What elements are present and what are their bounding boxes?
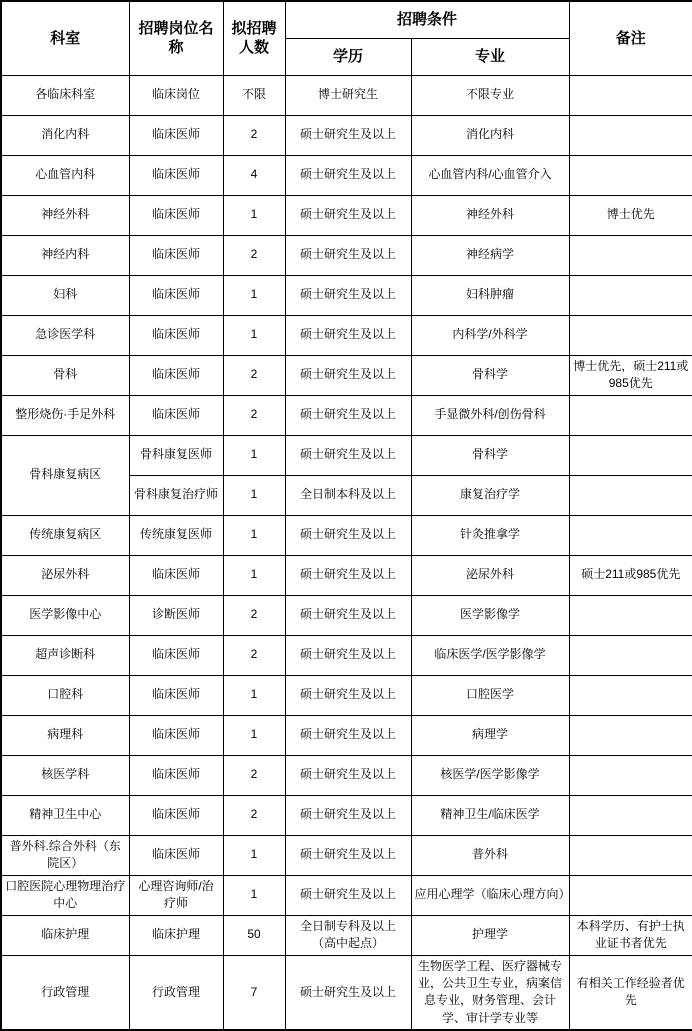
cell-position: 传统康复医师	[129, 515, 223, 555]
cell-remarks	[569, 835, 692, 875]
cell-department: 临床护理	[1, 915, 129, 955]
cell-position: 临床医师	[129, 755, 223, 795]
table-row: 妇科临床医师1硕士研究生及以上妇科肿瘤	[1, 275, 692, 315]
cell-headcount: 2	[223, 635, 285, 675]
cell-department: 神经内科	[1, 235, 129, 275]
cell-department: 行政管理	[1, 955, 129, 1030]
cell-headcount: 1	[223, 675, 285, 715]
cell-major: 心血管内科/心血管介入	[411, 155, 569, 195]
cell-major: 泌尿外科	[411, 555, 569, 595]
header-row-1: 科室 招聘岗位名称 拟招聘人数 招聘条件 备注	[1, 1, 692, 38]
table-row: 临床护理临床护理50全日制专科及以上（高中起点）护理学本科学历、有护士执业证书者…	[1, 915, 692, 955]
cell-major: 骨科学	[411, 435, 569, 475]
cell-education: 硕士研究生及以上	[285, 515, 411, 555]
cell-education: 硕士研究生及以上	[285, 195, 411, 235]
cell-remarks	[569, 795, 692, 835]
table-row: 心血管内科临床医师4硕士研究生及以上心血管内科/心血管介入	[1, 155, 692, 195]
recruitment-table: 科室 招聘岗位名称 拟招聘人数 招聘条件 备注 学历 专业 各临床科室临床岗位不…	[0, 0, 692, 1031]
table-row: 传统康复病区传统康复医师1硕士研究生及以上针灸推拿学	[1, 515, 692, 555]
cell-position: 骨科康复医师	[129, 435, 223, 475]
cell-education: 硕士研究生及以上	[285, 275, 411, 315]
cell-remarks	[569, 875, 692, 915]
cell-major: 骨科学	[411, 355, 569, 395]
cell-position: 行政管理	[129, 955, 223, 1030]
cell-education: 硕士研究生及以上	[285, 835, 411, 875]
table-row: 精神卫生中心临床医师2硕士研究生及以上精神卫生/临床医学	[1, 795, 692, 835]
table-row: 骨科康复病区骨科康复医师1硕士研究生及以上骨科学	[1, 435, 692, 475]
cell-department: 各临床科室	[1, 75, 129, 115]
cell-department: 口腔医院心理物理治疗中心	[1, 875, 129, 915]
table-row: 口腔医院心理物理治疗中心心理咨询师/治疗师1硕士研究生及以上应用心理学（临床心理…	[1, 875, 692, 915]
table-row: 整形烧伤·手足外科临床医师2硕士研究生及以上手显微外科/创伤骨科	[1, 395, 692, 435]
cell-remarks	[569, 715, 692, 755]
table-row: 各临床科室临床岗位不限博士研究生不限专业	[1, 75, 692, 115]
cell-major: 病理学	[411, 715, 569, 755]
cell-remarks	[569, 515, 692, 555]
cell-major: 妇科肿瘤	[411, 275, 569, 315]
table-row: 急诊医学科临床医师1硕士研究生及以上内科学/外科学	[1, 315, 692, 355]
cell-remarks	[569, 635, 692, 675]
cell-education: 硕士研究生及以上	[285, 875, 411, 915]
cell-department: 口腔科	[1, 675, 129, 715]
cell-remarks	[569, 435, 692, 475]
cell-education: 硕士研究生及以上	[285, 955, 411, 1030]
cell-major: 神经病学	[411, 235, 569, 275]
table-body: 各临床科室临床岗位不限博士研究生不限专业消化内科临床医师2硕士研究生及以上消化内…	[1, 75, 692, 1030]
cell-education: 硕士研究生及以上	[285, 355, 411, 395]
cell-position: 诊断医师	[129, 595, 223, 635]
cell-major: 消化内科	[411, 115, 569, 155]
cell-major: 普外科	[411, 835, 569, 875]
cell-remarks	[569, 755, 692, 795]
cell-remarks	[569, 675, 692, 715]
cell-department: 病理科	[1, 715, 129, 755]
cell-major: 不限专业	[411, 75, 569, 115]
cell-department: 心血管内科	[1, 155, 129, 195]
cell-department: 医学影像中心	[1, 595, 129, 635]
cell-department: 普外科.综合外科（东院区）	[1, 835, 129, 875]
cell-education: 硕士研究生及以上	[285, 435, 411, 475]
cell-position: 临床医师	[129, 235, 223, 275]
cell-major: 临床医学/医学影像学	[411, 635, 569, 675]
cell-headcount: 1	[223, 715, 285, 755]
cell-major: 针灸推拿学	[411, 515, 569, 555]
cell-education: 硕士研究生及以上	[285, 755, 411, 795]
table-row: 医学影像中心诊断医师2硕士研究生及以上医学影像学	[1, 595, 692, 635]
header-headcount: 拟招聘人数	[223, 1, 285, 75]
cell-remarks	[569, 115, 692, 155]
cell-major: 生物医学工程、医疗器械专业，公共卫生专业，病案信息专业，财务管理、会计学、审计学…	[411, 955, 569, 1030]
cell-remarks	[569, 275, 692, 315]
cell-headcount: 2	[223, 395, 285, 435]
cell-major: 手显微外科/创伤骨科	[411, 395, 569, 435]
cell-education: 硕士研究生及以上	[285, 115, 411, 155]
table-row: 消化内科临床医师2硕士研究生及以上消化内科	[1, 115, 692, 155]
cell-education: 全日制专科及以上（高中起点）	[285, 915, 411, 955]
cell-position: 临床医师	[129, 395, 223, 435]
cell-position: 临床医师	[129, 115, 223, 155]
cell-major: 核医学/医学影像学	[411, 755, 569, 795]
cell-department: 骨科康复病区	[1, 435, 129, 515]
cell-headcount: 1	[223, 195, 285, 235]
table-row: 泌尿外科临床医师1硕士研究生及以上泌尿外科硕士211或985优先	[1, 555, 692, 595]
header-education: 学历	[285, 38, 411, 75]
cell-headcount: 1	[223, 835, 285, 875]
cell-department: 超声诊断科	[1, 635, 129, 675]
table-row: 行政管理行政管理7硕士研究生及以上生物医学工程、医疗器械专业，公共卫生专业，病案…	[1, 955, 692, 1030]
cell-position: 临床医师	[129, 835, 223, 875]
cell-remarks: 博士优先，硕士211或985优先	[569, 355, 692, 395]
cell-major: 内科学/外科学	[411, 315, 569, 355]
cell-position: 临床医师	[129, 675, 223, 715]
cell-remarks	[569, 155, 692, 195]
cell-position: 临床医师	[129, 315, 223, 355]
cell-remarks	[569, 315, 692, 355]
cell-major: 口腔医学	[411, 675, 569, 715]
cell-department: 神经外科	[1, 195, 129, 235]
cell-major: 护理学	[411, 915, 569, 955]
recruitment-page: 科室 招聘岗位名称 拟招聘人数 招聘条件 备注 学历 专业 各临床科室临床岗位不…	[0, 0, 692, 1031]
cell-headcount: 4	[223, 155, 285, 195]
cell-remarks	[569, 395, 692, 435]
cell-headcount: 2	[223, 595, 285, 635]
cell-position: 临床医师	[129, 155, 223, 195]
cell-position: 心理咨询师/治疗师	[129, 875, 223, 915]
cell-headcount: 50	[223, 915, 285, 955]
cell-education: 硕士研究生及以上	[285, 155, 411, 195]
header-remarks: 备注	[569, 1, 692, 75]
cell-headcount: 2	[223, 795, 285, 835]
cell-department: 泌尿外科	[1, 555, 129, 595]
table-row: 神经内科临床医师2硕士研究生及以上神经病学	[1, 235, 692, 275]
cell-education: 硕士研究生及以上	[285, 715, 411, 755]
header-department: 科室	[1, 1, 129, 75]
cell-position: 临床医师	[129, 555, 223, 595]
cell-position: 临床护理	[129, 915, 223, 955]
table-row: 病理科临床医师1硕士研究生及以上病理学	[1, 715, 692, 755]
table-row: 普外科.综合外科（东院区）临床医师1硕士研究生及以上普外科	[1, 835, 692, 875]
table-header: 科室 招聘岗位名称 拟招聘人数 招聘条件 备注 学历 专业	[1, 1, 692, 75]
cell-headcount: 1	[223, 875, 285, 915]
cell-department: 传统康复病区	[1, 515, 129, 555]
cell-remarks	[569, 475, 692, 515]
cell-position: 临床医师	[129, 715, 223, 755]
cell-position: 临床医师	[129, 355, 223, 395]
cell-headcount: 1	[223, 515, 285, 555]
table-row: 超声诊断科临床医师2硕士研究生及以上临床医学/医学影像学	[1, 635, 692, 675]
cell-department: 核医学科	[1, 755, 129, 795]
cell-department: 急诊医学科	[1, 315, 129, 355]
cell-headcount: 不限	[223, 75, 285, 115]
cell-headcount: 1	[223, 475, 285, 515]
cell-position: 临床岗位	[129, 75, 223, 115]
cell-position: 骨科康复治疗师	[129, 475, 223, 515]
cell-major: 精神卫生/临床医学	[411, 795, 569, 835]
header-conditions: 招聘条件	[285, 1, 569, 38]
cell-department: 消化内科	[1, 115, 129, 155]
cell-headcount: 2	[223, 235, 285, 275]
cell-headcount: 2	[223, 115, 285, 155]
cell-position: 临床医师	[129, 275, 223, 315]
cell-education: 硕士研究生及以上	[285, 675, 411, 715]
cell-department: 妇科	[1, 275, 129, 315]
cell-department: 精神卫生中心	[1, 795, 129, 835]
cell-position: 临床医师	[129, 635, 223, 675]
cell-position: 临床医师	[129, 795, 223, 835]
cell-department: 整形烧伤·手足外科	[1, 395, 129, 435]
cell-major: 康复治疗学	[411, 475, 569, 515]
cell-education: 硕士研究生及以上	[285, 595, 411, 635]
cell-education: 硕士研究生及以上	[285, 235, 411, 275]
cell-position: 临床医师	[129, 195, 223, 235]
header-major: 专业	[411, 38, 569, 75]
cell-education: 硕士研究生及以上	[285, 315, 411, 355]
table-row: 神经外科临床医师1硕士研究生及以上神经外科博士优先	[1, 195, 692, 235]
cell-major: 医学影像学	[411, 595, 569, 635]
cell-remarks: 本科学历、有护士执业证书者优先	[569, 915, 692, 955]
cell-remarks	[569, 75, 692, 115]
cell-headcount: 7	[223, 955, 285, 1030]
cell-remarks: 硕士211或985优先	[569, 555, 692, 595]
cell-headcount: 2	[223, 355, 285, 395]
cell-headcount: 1	[223, 275, 285, 315]
cell-education: 硕士研究生及以上	[285, 555, 411, 595]
cell-education: 硕士研究生及以上	[285, 635, 411, 675]
cell-remarks	[569, 235, 692, 275]
table-row: 核医学科临床医师2硕士研究生及以上核医学/医学影像学	[1, 755, 692, 795]
cell-remarks: 博士优先	[569, 195, 692, 235]
table-row: 口腔科临床医师1硕士研究生及以上口腔医学	[1, 675, 692, 715]
cell-education: 硕士研究生及以上	[285, 395, 411, 435]
cell-department: 骨科	[1, 355, 129, 395]
table-row: 骨科临床医师2硕士研究生及以上骨科学博士优先，硕士211或985优先	[1, 355, 692, 395]
cell-remarks: 有相关工作经验者优先	[569, 955, 692, 1030]
cell-major: 应用心理学（临床心理方向）	[411, 875, 569, 915]
cell-remarks	[569, 595, 692, 635]
cell-headcount: 1	[223, 555, 285, 595]
cell-headcount: 1	[223, 315, 285, 355]
cell-education: 全日制本科及以上	[285, 475, 411, 515]
cell-headcount: 2	[223, 755, 285, 795]
header-position: 招聘岗位名称	[129, 1, 223, 75]
cell-headcount: 1	[223, 435, 285, 475]
cell-education: 博士研究生	[285, 75, 411, 115]
cell-major: 神经外科	[411, 195, 569, 235]
cell-education: 硕士研究生及以上	[285, 795, 411, 835]
